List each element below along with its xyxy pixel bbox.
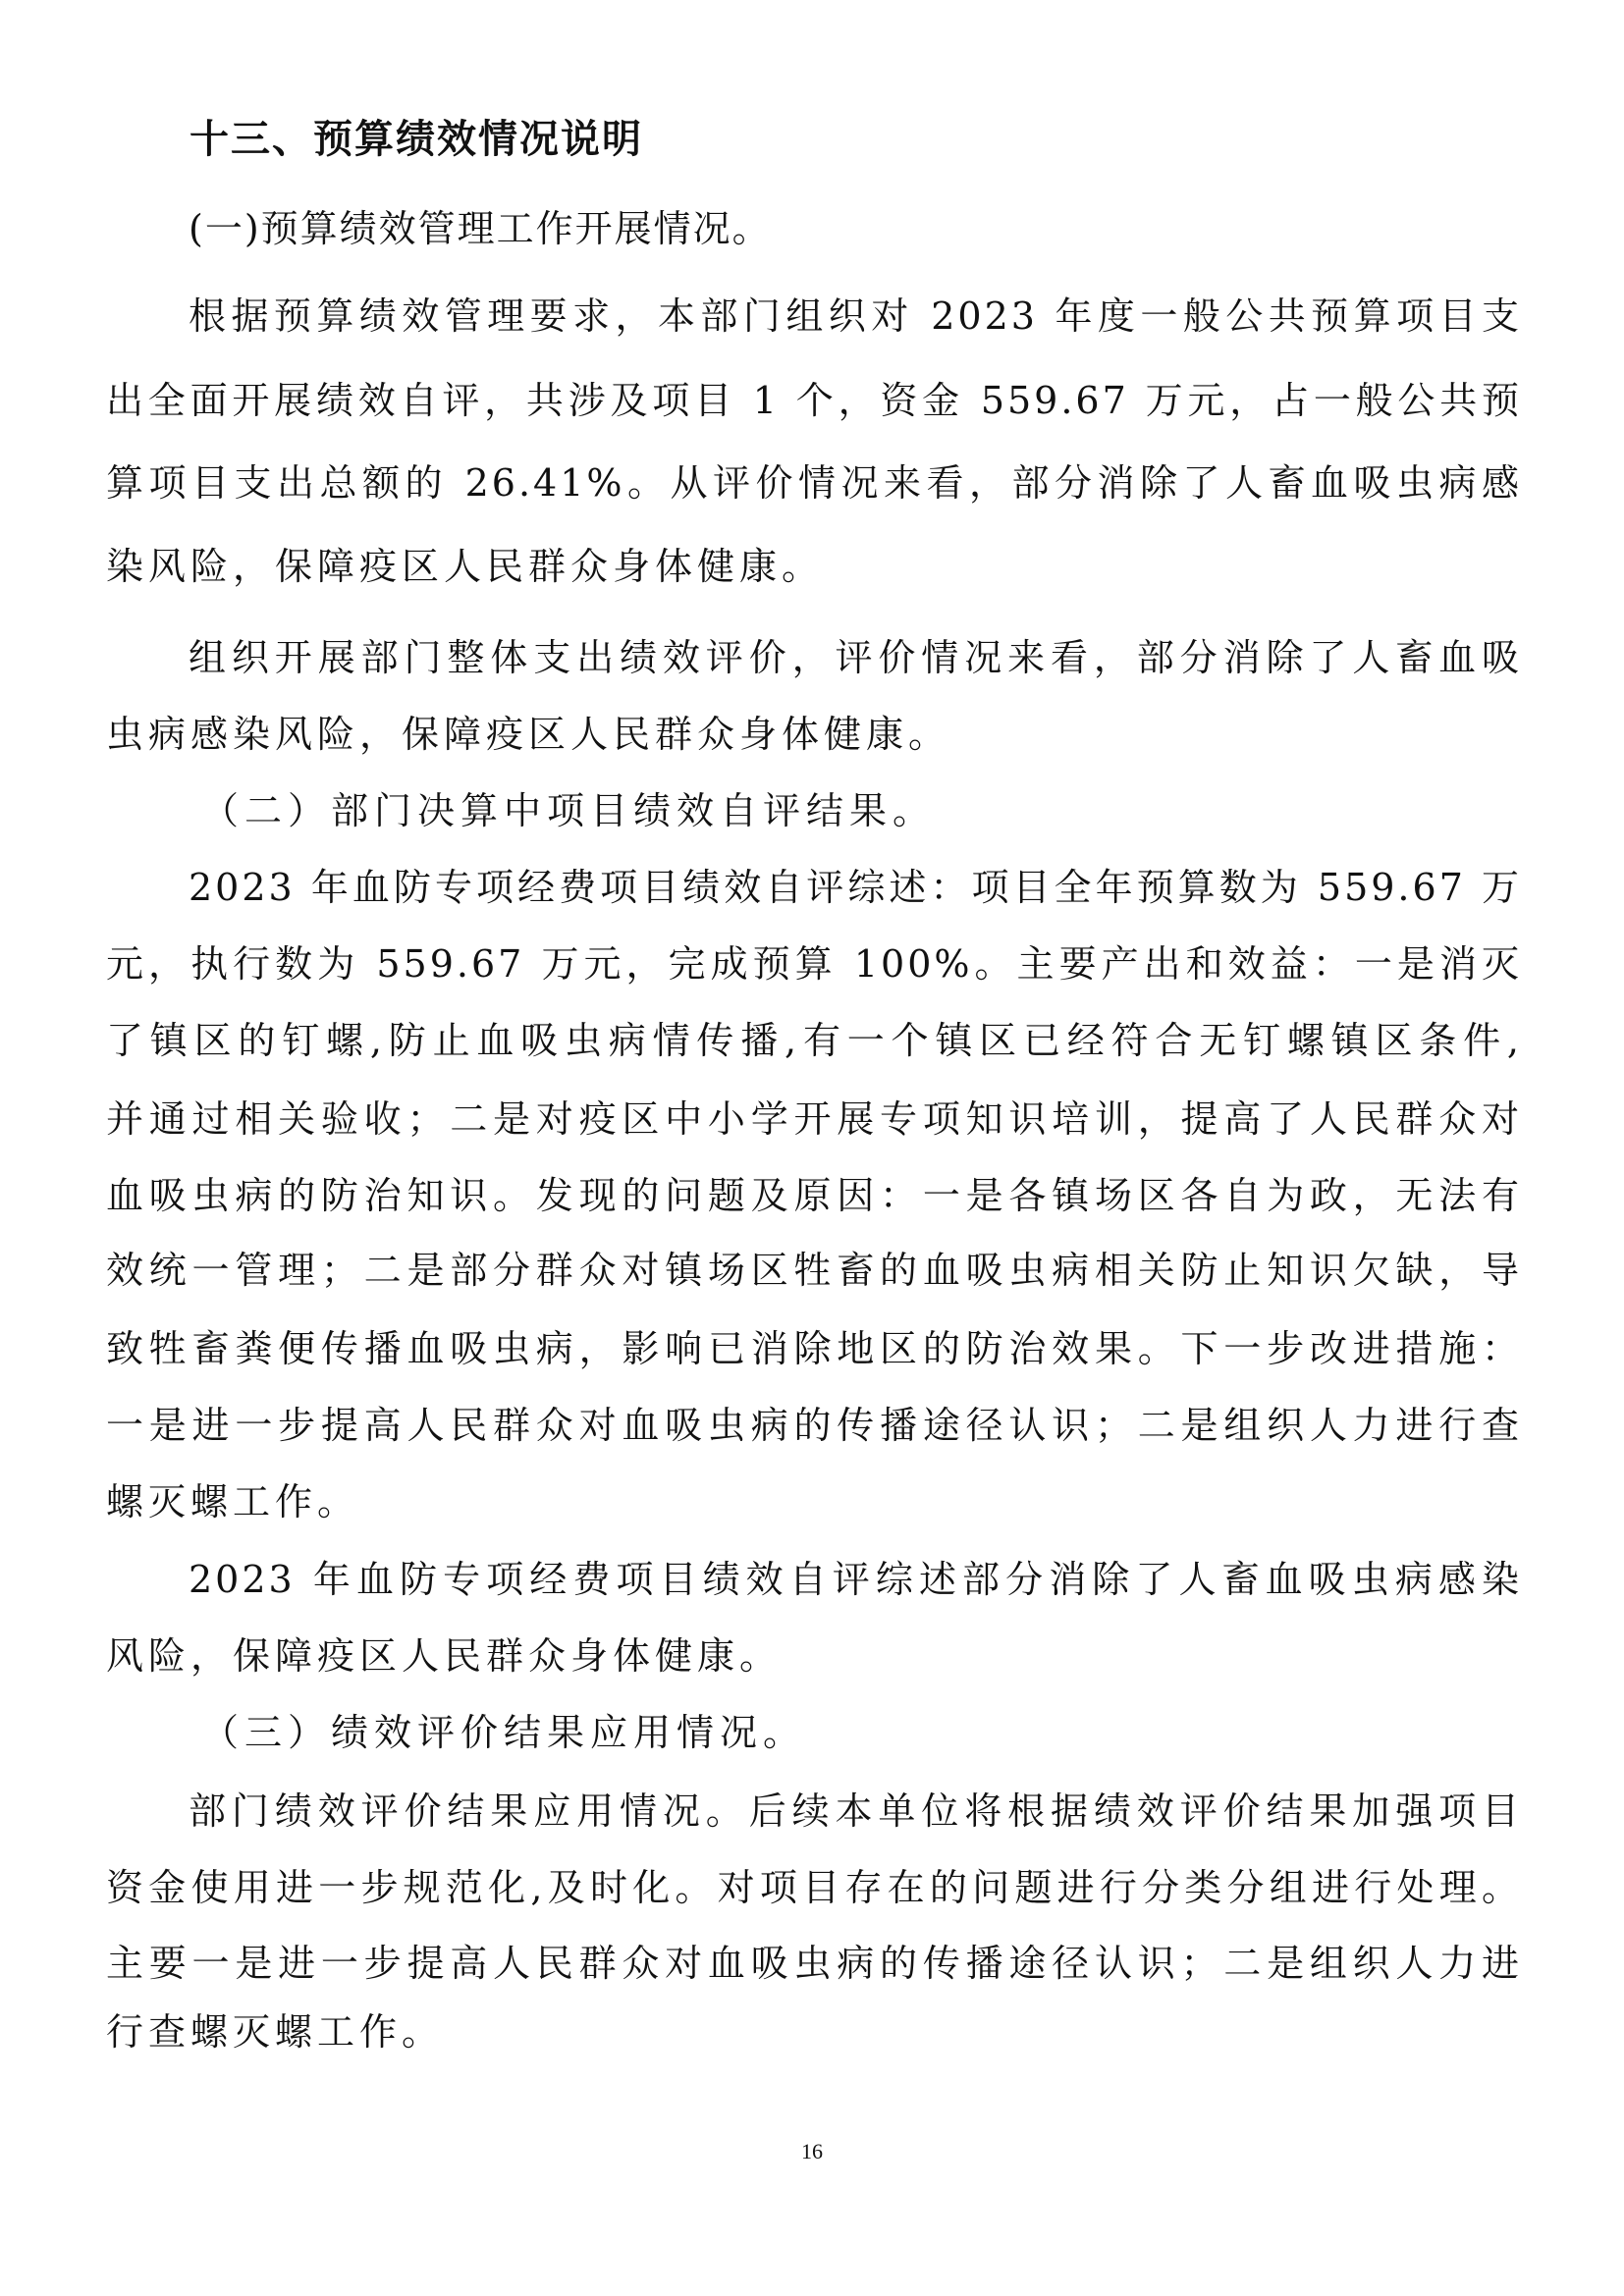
subsection-2-heading: （二）部门决算中项目绩效自评结果。: [201, 781, 936, 840]
paragraph-line: 致牲畜粪便传播血吸虫病，影响已消除地区的防治效果。下一步改进措施：: [106, 1319, 1522, 1378]
paragraph-line: 主要一是进一步提高人民群众对血吸虫病的传播途径认识；二是组织人力进: [106, 1934, 1522, 1993]
paragraph-line: 了镇区的钉螺,防止血吸虫病情传播,有一个镇区已经符合无钉螺镇区条件,: [106, 1011, 1522, 1070]
paragraph-line: 组织开展部门整体支出绩效评价，评价情况来看，部分消除了人畜血吸: [189, 628, 1522, 687]
paragraph-line: 染风险，保障疫区人民群众身体健康。: [106, 537, 1522, 596]
paragraph-line: 元，执行数为 559.67 万元，完成预算 100%。主要产出和效益：一是消灭: [106, 934, 1522, 993]
paragraph-line: 行查螺灭螺工作。: [106, 2002, 1522, 2061]
paragraph-line: 资金使用进一步规范化,及时化。对项目存在的问题进行分类分组进行处理。: [106, 1858, 1522, 1917]
paragraph-line: 2023 年血防专项经费项目绩效自评综述：项目全年预算数为 559.67 万: [189, 858, 1522, 917]
paragraph-line: 2023 年血防专项经费项目绩效自评综述部分消除了人畜血吸虫病感染: [189, 1550, 1522, 1609]
paragraph-line: 螺灭螺工作。: [106, 1472, 1522, 1531]
paragraph-line: 出全面开展绩效自评，共涉及项目 1 个，资金 559.67 万元，占一般公共预: [106, 371, 1522, 430]
paragraph-line: 一是进一步提高人民群众对血吸虫病的传播途径认识；二是组织人力进行查: [106, 1396, 1522, 1455]
section-title: 十三、预算绩效情况说明: [189, 110, 643, 169]
paragraph-line: 虫病感染风险，保障疫区人民群众身体健康。: [106, 705, 1522, 764]
paragraph-line: 风险，保障疫区人民群众身体健康。: [106, 1627, 1522, 1685]
paragraph-line: 效统一管理；二是部分群众对镇场区牲畜的血吸虫病相关防止知识欠缺，导: [106, 1241, 1522, 1300]
subsection-3-heading: （三）绩效评价结果应用情况。: [201, 1703, 806, 1762]
paragraph-line: 部门绩效评价结果应用情况。后续本单位将根据绩效评价结果加强项目: [189, 1782, 1522, 1841]
page-number: 16: [0, 2137, 1624, 2166]
document-page: 十三、预算绩效情况说明 (一)预算绩效管理工作开展情况。 根据预算绩效管理要求，…: [0, 0, 1624, 2296]
paragraph-line: 根据预算绩效管理要求，本部门组织对 2023 年度一般公共预算项目支: [189, 287, 1522, 346]
paragraph-line: 血吸虫病的防治知识。发现的问题及原因：一是各镇场区各自为政，无法有: [106, 1166, 1522, 1225]
paragraph-line: 算项目支出总额的 26.41%。从评价情况来看，部分消除了人畜血吸虫病感: [106, 454, 1522, 512]
subsection-1-heading: (一)预算绩效管理工作开展情况。: [189, 199, 772, 258]
paragraph-line: 并通过相关验收；二是对疫区中小学开展专项知识培训，提高了人民群众对: [106, 1090, 1522, 1148]
